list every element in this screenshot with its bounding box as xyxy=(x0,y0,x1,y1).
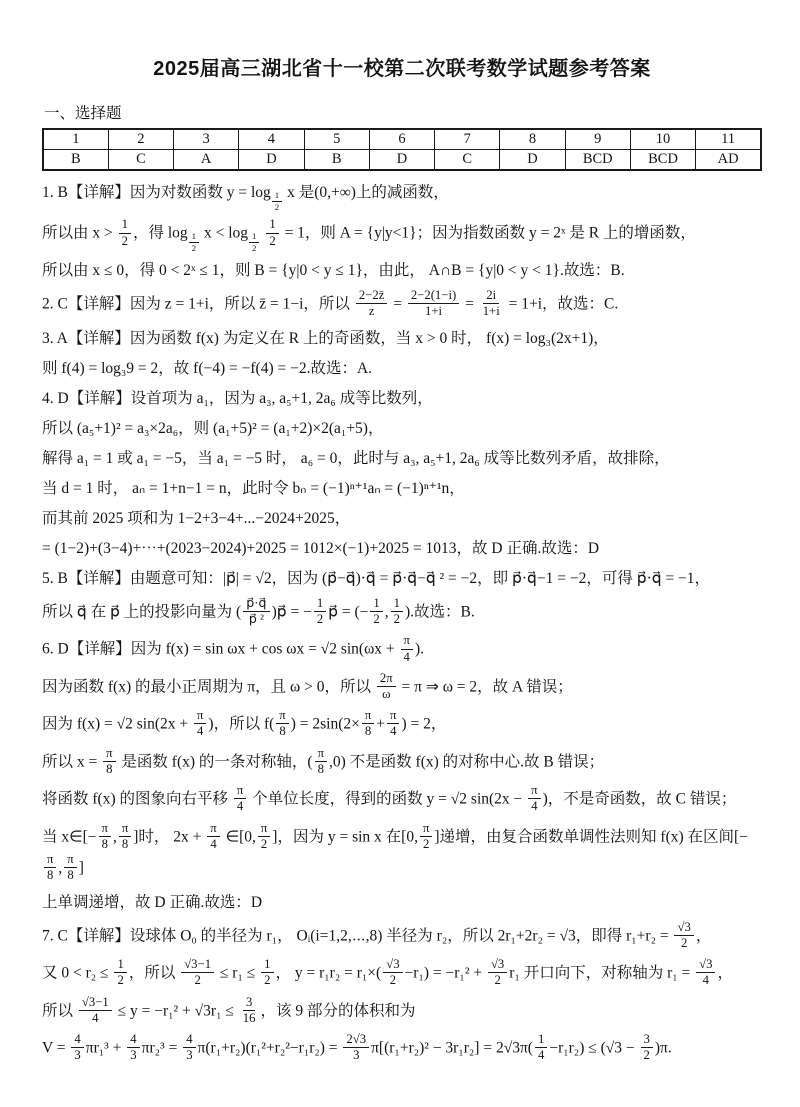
question-number-cell: 6 xyxy=(369,129,434,150)
solution-1: 1. B【详解】因为对数函数 y = log12 x 是(0,+∞)上的减函数，… xyxy=(42,181,762,283)
question-number-cell: 8 xyxy=(500,129,565,150)
page-title: 2025届高三湖北省十一校第二次联考数学试题参考答案 xyxy=(42,52,762,81)
fraction: √32 xyxy=(488,957,507,988)
fraction: π4 xyxy=(528,783,540,814)
solution-2-line-1: 2. C【详解】因为 z = 1+i，所以 z̄ = 1−i，所以 2−2z̄z… xyxy=(42,289,762,320)
fraction: 2πω xyxy=(377,671,396,702)
solution-7-line-3: 所以 √3−14 ≤ y = −r₁² + √3r₁ ≤ 316，该 9 部分的… xyxy=(42,996,762,1027)
solution-6-line-3: 因为 f(x) = √2 sin(2x + π4)，所以 f(π8) = 2si… xyxy=(42,709,762,740)
solution-2: 2. C【详解】因为 z = 1+i，所以 z̄ = 1−i，所以 2−2z̄z… xyxy=(42,289,762,320)
section-heading: 一、选择题 xyxy=(44,101,760,123)
question-number-cell: 5 xyxy=(304,129,369,150)
question-number-row: 1234567891011 xyxy=(43,129,761,150)
solution-7-line-4: V = 43πr₁³ + 43πr₂³ = 43π(r₁+r₂)(r₁²+r₂²… xyxy=(42,1033,762,1064)
fraction: 12 xyxy=(314,596,326,627)
solution-4-line-5: 而其前 2025 项和为 1−2+3−4+...−2024+2025， xyxy=(42,507,762,531)
solution-4-line-1: 4. D【详解】设首项为 a₁，因为 a₃, a₅+1, 2a₆ 成等比数列， xyxy=(42,387,762,411)
solution-4-line-2: 所以 (a₅+1)² = a₃×2a₆，则 (a₁+5)² = (a₁+2)×2… xyxy=(42,417,762,441)
subscript: 12 xyxy=(249,231,259,253)
fraction: π8 xyxy=(315,746,327,777)
fraction: π8 xyxy=(362,708,374,739)
fraction: π4 xyxy=(234,783,246,814)
document-page: 2025届高三湖北省十一校第二次联考数学试题参考答案 一、选择题 1234567… xyxy=(0,0,800,1107)
fraction: π4 xyxy=(194,708,206,739)
answer-cell: C xyxy=(435,150,500,171)
solution-6-line-2: 因为函数 f(x) 的最小正周期为 π，且 ω > 0，所以 2πω = π ⇒… xyxy=(42,672,762,703)
fraction: √34 xyxy=(696,957,715,988)
fraction: π8 xyxy=(276,708,288,739)
solution-1-line-2: 所以由 x > 12，得 log12 x < log12 12 = 1，则 A … xyxy=(42,218,762,253)
answer-cell: D xyxy=(369,150,434,171)
answer-cell: B xyxy=(304,150,369,171)
answer-row: BCADBDCDBCDBCDAD xyxy=(43,150,761,171)
fraction: 316 xyxy=(240,995,259,1026)
fraction: π2 xyxy=(420,821,432,852)
fraction: √32 xyxy=(383,957,402,988)
solutions-container: 1. B【详解】因为对数函数 y = log12 x 是(0,+∞)上的减函数，… xyxy=(42,181,762,1064)
solution-5-line-2: 所以 q⃗ 在 p⃗ 上的投影向量为 (p⃗·q⃗p⃗ ²)p⃗ = −12p⃗… xyxy=(42,597,762,628)
fraction: π8 xyxy=(64,852,76,883)
fraction: p⃗·q⃗p⃗ ² xyxy=(243,596,269,627)
solution-6: 6. D【详解】因为 f(x) = sin ωx + cos ωx = √2 s… xyxy=(42,634,762,914)
question-number-cell: 3 xyxy=(174,129,239,150)
fraction: 2−2(1−i)1+i xyxy=(408,288,459,319)
fraction: 12 xyxy=(261,957,273,988)
question-number-cell: 9 xyxy=(565,129,630,150)
question-number-cell: 1 xyxy=(43,129,108,150)
fraction: 2√33 xyxy=(343,1032,369,1063)
solution-1-line-1: 1. B【详解】因为对数函数 y = log12 x 是(0,+∞)上的减函数， xyxy=(42,181,762,212)
fraction: 2−2z̄z xyxy=(356,288,388,319)
question-number-cell: 11 xyxy=(696,129,761,150)
solution-3-line-1: 3. A【详解】因为函数 f(x) 为定义在 R 上的奇函数，当 x > 0 时… xyxy=(42,327,762,351)
solution-4-line-4: 当 d = 1 时， aₙ = 1+n−1 = n，此时令 bₙ = (−1)ⁿ… xyxy=(42,477,762,501)
answer-cell: AD xyxy=(696,150,761,171)
fraction: 12 xyxy=(266,217,278,248)
solution-1-line-3: 所以由 x ≤ 0，得 0 < 2ˣ ≤ 1，则 B = {y|0 < y ≤ … xyxy=(42,259,762,283)
fraction: 2i1+i xyxy=(480,288,503,319)
fraction: 43 xyxy=(183,1032,195,1063)
answer-cell: A xyxy=(174,150,239,171)
solution-5-line-1: 5. B【详解】由题意可知：|p⃗| = √2，因为 (p⃗−q⃗)·q⃗ = … xyxy=(42,567,762,591)
solution-6-line-1: 6. D【详解】因为 f(x) = sin ωx + cos ωx = √2 s… xyxy=(42,634,762,665)
answer-table: 1234567891011BCADBDCDBCDBCDAD xyxy=(42,128,762,171)
fraction: π8 xyxy=(119,821,131,852)
solution-7-line-1: 7. C【详解】设球体 O₀ 的半径为 r₁， Oᵢ(i=1,2,⋯,8) 半径… xyxy=(42,921,762,952)
fraction: π8 xyxy=(44,852,56,883)
solution-6-line-7: 上单调递增，故 D 正确.故选：D xyxy=(42,891,762,915)
subscript: 12 xyxy=(189,231,199,253)
answer-cell: D xyxy=(500,150,565,171)
fraction: √3−14 xyxy=(79,995,112,1026)
fraction: 12 xyxy=(114,957,126,988)
question-number-cell: 10 xyxy=(630,129,695,150)
answer-cell: D xyxy=(239,150,304,171)
solution-4-line-3: 解得 a₁ = 1 或 a₁ = −5，当 a₁ = −5 时， a₆ = 0，… xyxy=(42,447,762,471)
fraction: 14 xyxy=(535,1032,547,1063)
answer-cell: BCD xyxy=(630,150,695,171)
solution-4-line-6: = (1−2)+(3−4)+⋯+(2023−2024)+2025 = 1012×… xyxy=(42,537,762,561)
solution-6-line-4: 所以 x = π8 是函数 f(x) 的一条对称轴，(π8,0) 不是函数 f(… xyxy=(42,747,762,778)
solution-7: 7. C【详解】设球体 O₀ 的半径为 r₁， Oᵢ(i=1,2,⋯,8) 半径… xyxy=(42,921,762,1065)
fraction: √32 xyxy=(674,920,693,951)
fraction: 43 xyxy=(127,1032,139,1063)
fraction: 12 xyxy=(119,217,131,248)
fraction: π8 xyxy=(99,821,111,852)
fraction: 12 xyxy=(391,596,403,627)
fraction: π8 xyxy=(103,746,115,777)
question-number-cell: 2 xyxy=(108,129,173,150)
solution-3: 3. A【详解】因为函数 f(x) 为定义在 R 上的奇函数，当 x > 0 时… xyxy=(42,327,762,381)
subscript: 12 xyxy=(272,190,282,212)
answer-cell: B xyxy=(43,150,108,171)
answer-table-body: 1234567891011BCADBDCDBCDBCDAD xyxy=(43,129,761,170)
solution-3-line-2: 则 f(4) = log₃9 = 2，故 f(−4) = −f(4) = −2.… xyxy=(42,357,762,381)
answer-cell: BCD xyxy=(565,150,630,171)
fraction: 43 xyxy=(71,1032,83,1063)
solution-4: 4. D【详解】设首项为 a₁，因为 a₃, a₅+1, 2a₆ 成等比数列，所… xyxy=(42,387,762,561)
question-number-cell: 7 xyxy=(435,129,500,150)
fraction: π4 xyxy=(387,708,399,739)
fraction: π4 xyxy=(401,633,413,664)
fraction: 12 xyxy=(189,231,199,253)
solution-6-line-5: 将函数 f(x) 的图象向右平移 π4 个单位长度，得到的函数 y = √2 s… xyxy=(42,784,762,815)
fraction: 32 xyxy=(641,1032,653,1063)
solution-5: 5. B【详解】由题意可知：|p⃗| = √2，因为 (p⃗−q⃗)·q⃗ = … xyxy=(42,567,762,628)
fraction: √3−12 xyxy=(181,957,214,988)
fraction: 12 xyxy=(272,190,282,212)
fraction: 12 xyxy=(370,596,382,627)
fraction: π4 xyxy=(207,821,219,852)
question-number-cell: 4 xyxy=(239,129,304,150)
fraction: π2 xyxy=(258,821,270,852)
solution-7-line-2: 又 0 < r₂ ≤ 12，所以 √3−12 ≤ r₁ ≤ 12， y = r₁… xyxy=(42,958,762,989)
fraction: 12 xyxy=(249,231,259,253)
solution-6-line-6: 当 x∈[−π8,π8]时， 2x + π4 ∈[0,π2]，因为 y = si… xyxy=(42,822,762,885)
answer-cell: C xyxy=(108,150,173,171)
